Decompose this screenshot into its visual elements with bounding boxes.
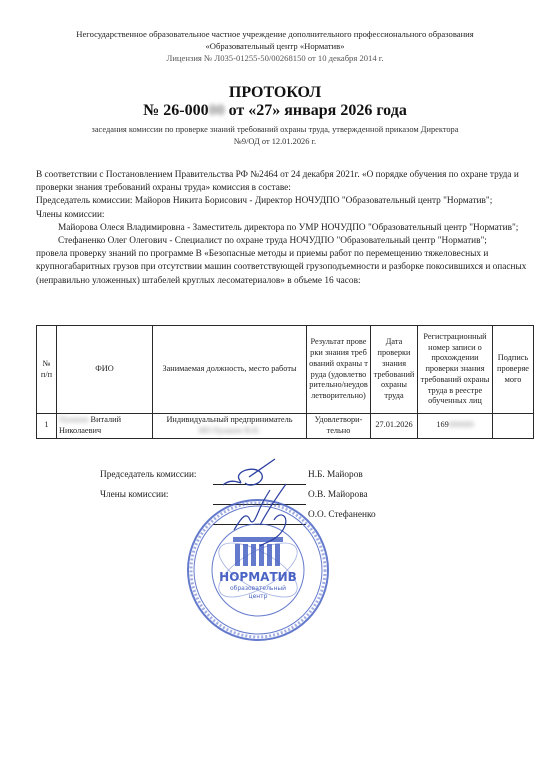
cell-fio: Пушкин Виталий Николаевич [57,414,153,439]
cell-num: 1 [37,414,57,439]
members-label: Члены комиссии: [36,209,536,222]
fio-surname-redacted: Пушкин [59,415,88,424]
stamp-line2: образовательный [230,585,286,592]
header-result: Результат проверки знания требований охр… [307,326,371,414]
stamp-line3: центр [248,593,267,600]
org-name-line1: Негосударственное образовательное частно… [0,28,550,40]
cell-date: 27.01.2026 [371,414,418,439]
table-row: 1 Пушкин Виталий Николаевич Индивидуальн… [37,414,534,439]
subtitle-line1: заседания комиссии по проверке знаний тр… [60,124,490,136]
protocol-number-prefix: № 26-000 [143,102,208,119]
position-redacted: ИП Пушкин В.Н. [155,426,304,437]
protocol-number: № 26-00000 от «27» января 2026 года [0,102,550,120]
cell-position: Индивидуальный предпринимательИП Пушкин … [153,414,307,439]
document-body: В соответствии с Постановлением Правител… [36,169,536,288]
protocol-number-redacted: 00 [209,102,225,119]
cell-reg-number: 169000000 [418,414,493,439]
members-sign-label: Члены комиссии: [100,490,169,777]
subtitle-line2: №9/ОД от 12.01.2026 г. [60,136,490,148]
intro-paragraph: В соответствии с Постановлением Правител… [36,169,536,195]
results-table: № п/п ФИО Занимаемая должность, место ра… [36,325,534,439]
license-line: Лицензия № Л035-01255-50/00268150 от 10 … [0,52,550,64]
stamp-name: НОРМАТИВ [219,570,297,584]
program-paragraph: провела проверку знаний по программе В «… [36,248,536,288]
org-name-line2: «Образовательный центр «Норматив» [0,40,550,52]
header-signature: Подпись проверяемого [493,326,534,414]
member2-line: Стефаненко Олег Олегович - Специалист по… [36,235,536,248]
table-header-row: № п/п ФИО Занимаемая должность, место ра… [37,326,534,414]
header-num: № п/п [37,326,57,414]
reg-number-redacted: 000000 [449,420,474,429]
members-signature [230,480,300,550]
document-title: ПРОТОКОЛ [0,84,550,102]
header-date: Дата проверки знания требований охраны т… [371,326,418,414]
cell-result: Удовлетвори-тельно [307,414,371,439]
chairman-sign-label: Председатель комиссии: [100,470,197,480]
cell-signature [493,414,534,439]
protocol-subtitle: заседания комиссии по проверке знаний тр… [60,124,490,147]
header-fio: ФИО [57,326,153,414]
reg-number-prefix: 169 [436,420,448,429]
chairman-sign-name: Н.Б. Майоров [308,470,363,480]
header-position: Занимаемая должность, место работы [153,326,307,414]
header-reg-number: Регистрационный номер записи о прохожден… [418,326,493,414]
member1-line: Майорова Олеся Владимировна - Заместител… [36,222,536,235]
chairman-line: Председатель комиссии: Майоров Никита Бо… [36,195,536,208]
position-text: Индивидуальный предприниматель [155,415,304,426]
protocol-date: от «27» января 2026 года [225,102,407,119]
